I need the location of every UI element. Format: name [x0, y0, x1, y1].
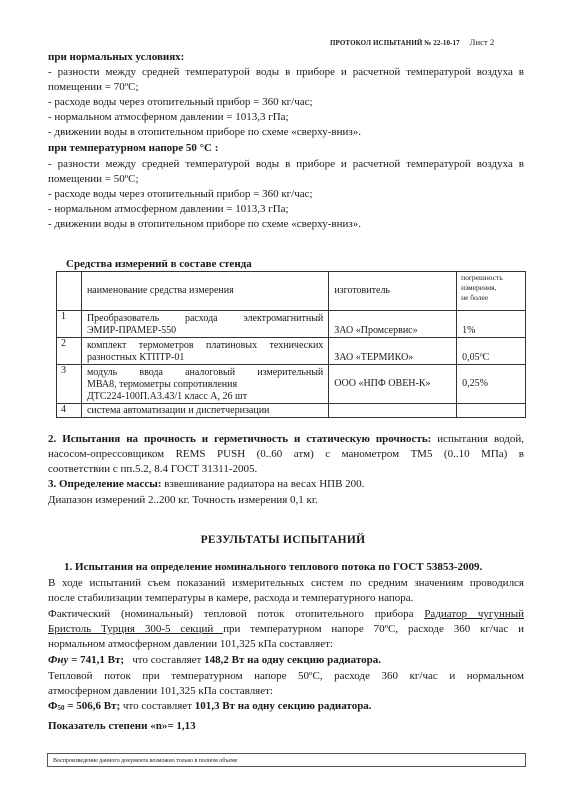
- dt50-condition-2: - расходе воды через отопительный прибор…: [48, 187, 524, 201]
- row-name: комплект термометров платиновых техничес…: [81, 338, 328, 365]
- radiator-model: Радиатор чугунный: [424, 608, 524, 620]
- dt50-condition-1a: - разности между средней температурой во…: [48, 157, 524, 171]
- results-p1-line2: после стабилизации температуры в камере,…: [48, 591, 524, 605]
- normal-conditions-title: при нормальных условиях:: [48, 50, 524, 64]
- results-p2-line1: Фактический (номинальный) тепловой поток…: [48, 607, 524, 621]
- row-error: 1%: [457, 311, 526, 338]
- row-error: 0,05ºС: [457, 338, 526, 365]
- strength-test-line2: насосом-опрессовщиком REMS PUSH (0..60 а…: [48, 447, 524, 461]
- normal-condition-3: - нормальном атмосферном давлении = 1013…: [48, 110, 524, 124]
- radiator-model-cont: Бристоль Турция 300-5 секций: [48, 623, 223, 635]
- row-num: 4: [57, 404, 82, 418]
- header-name: наименование средства измерения: [81, 272, 328, 311]
- table-row: 4 система автоматизации и диспетчеризаци…: [57, 404, 526, 418]
- row-name: Преобразователь расхода электромагнитный…: [81, 311, 328, 338]
- phi-nu-per-section: 148,2 Вт на одну секцию радиатора.: [204, 654, 381, 666]
- row-num: 3: [57, 365, 82, 404]
- results-subtitle: 1. Испытания на определение номинального…: [64, 561, 482, 573]
- row-maker: ЗАО «ТЕРМИКО»: [329, 338, 457, 365]
- phi-nu-result: Фну = 741,1 Вт; что составляет 148,2 Вт …: [48, 653, 524, 667]
- phi50-result: Ф50 = 506,6 Вт; что составляет 101,3 Вт …: [48, 699, 524, 715]
- phi-nu-value: = 741,1 Вт;: [68, 654, 124, 666]
- footer-note: Воспроизведение данного документа возмож…: [47, 753, 526, 767]
- row-num: 1: [57, 311, 82, 338]
- dt50-condition-1b: помещении = 50ºС;: [48, 172, 524, 186]
- table-header-row: наименование средства измерения изготови…: [57, 272, 526, 311]
- phi-nu-symbol: Фну: [48, 654, 68, 666]
- instruments-caption: Средства измерений в составе стенда: [66, 258, 252, 270]
- results-p1-line1: В ходе испытаний съем показаний измерите…: [48, 576, 524, 590]
- sheet-number: Лист 2: [470, 37, 495, 47]
- results-p3-line2: атмосферном давлении 101,325 кПа составл…: [48, 684, 524, 698]
- mass-test-line1: 3. Определение массы: взвешивание радиат…: [48, 477, 524, 491]
- row-maker: ЗАО «Промсервис»: [329, 311, 457, 338]
- results-p3-line1: Тепловой поток при температурном напоре …: [48, 669, 524, 683]
- results-p2-line2: Бристоль Турция 300-5 секций при темпера…: [48, 622, 524, 636]
- row-name: система автоматизации и диспетчеризации: [81, 404, 328, 418]
- table-row: 3 модуль ввода аналоговый измерительный …: [57, 365, 526, 404]
- strength-test-line3: соответствии с пп.5.2, 8.4 ГОСТ 31311-20…: [48, 462, 524, 476]
- instruments-table: наименование средства измерения изготови…: [56, 271, 526, 418]
- dt50-condition-4: - движении воды в отопительном приборе п…: [48, 217, 524, 231]
- results-title: РЕЗУЛЬТАТЫ ИСПЫТАНИЙ: [0, 534, 566, 546]
- row-num: 2: [57, 338, 82, 365]
- normal-condition-1a: - разности между средней температурой во…: [48, 65, 524, 79]
- mass-test-label: 3. Определение массы:: [48, 478, 162, 490]
- dt50-condition-3: - нормальном атмосферном давлении = 1013…: [48, 202, 524, 216]
- strength-test-line1: 2. Испытания на прочность и герметичност…: [48, 432, 524, 446]
- row-maker: ООО «НПФ ОВЕН-К»: [329, 365, 457, 404]
- exponent-n: Показатель степени «n»= 1,13: [48, 719, 524, 733]
- row-error: [457, 404, 526, 418]
- header-num: [57, 272, 82, 311]
- normal-condition-4: - движении воды в отопительном приборе п…: [48, 125, 524, 139]
- normal-condition-1b: помещении = 70ºС;: [48, 80, 524, 94]
- protocol-number: ПРОТОКОЛ ИСПЫТАНИЙ № 22-10-17: [330, 39, 460, 47]
- dt50-conditions-title: при температурном напоре 50 °С :: [48, 141, 524, 155]
- row-maker: [329, 404, 457, 418]
- normal-condition-2: - расходе воды через отопительный прибор…: [48, 95, 524, 109]
- mass-test-line2: Диапазон измерений 2..200 кг. Точность и…: [48, 493, 524, 507]
- phi50-value: = 506,6 Вт;: [64, 700, 120, 712]
- header-error: погрешность измерения, не более: [457, 272, 526, 311]
- table-row: 1 Преобразователь расхода электромагнитн…: [57, 311, 526, 338]
- header-maker: изготовитель: [329, 272, 457, 311]
- row-name: модуль ввода аналоговый измерительный МВ…: [81, 365, 328, 404]
- row-error: 0,25%: [457, 365, 526, 404]
- results-p2-line3: нормальном атмосферном давлении 101,325 …: [48, 637, 524, 651]
- phi50-per-section: 101,3 Вт на одну секцию радиатора.: [195, 700, 372, 712]
- strength-test-label: 2. Испытания на прочность и герметичност…: [48, 433, 431, 445]
- table-row: 2 комплект термометров платиновых технич…: [57, 338, 526, 365]
- document-header: ПРОТОКОЛ ИСПЫТАНИЙ № 22-10-17 Лист 2: [330, 37, 558, 47]
